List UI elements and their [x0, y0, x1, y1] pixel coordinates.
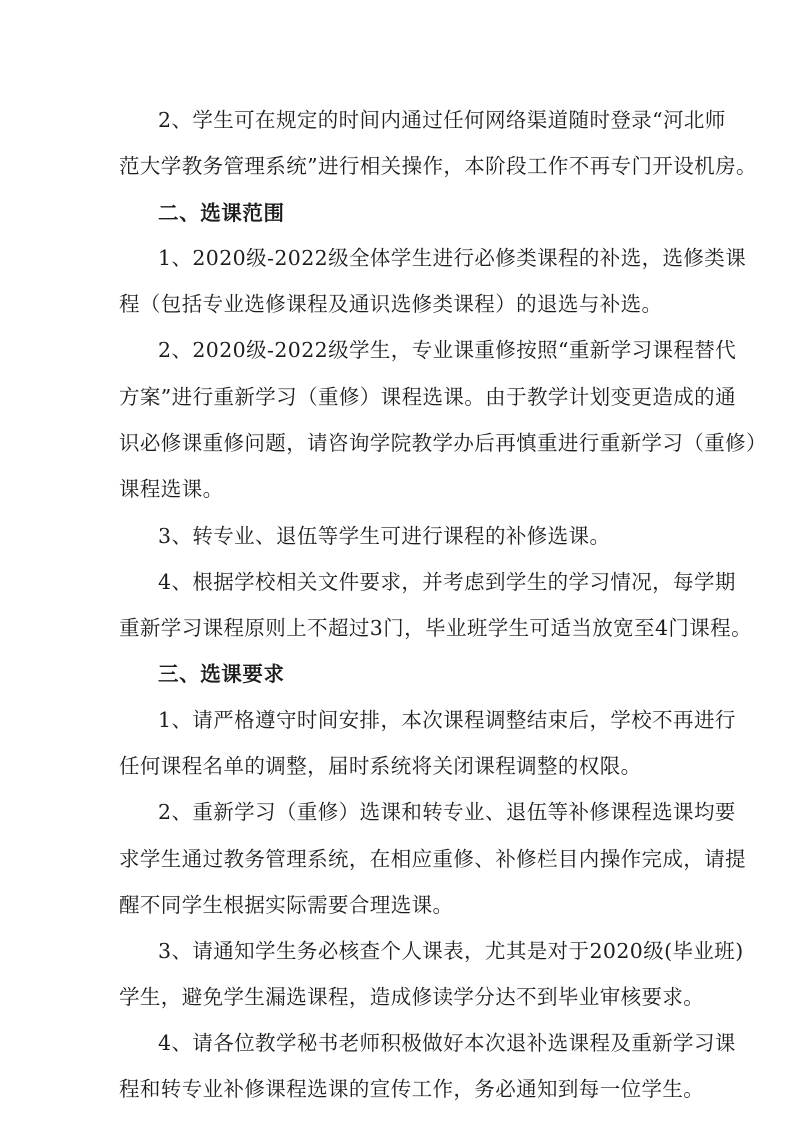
paragraph-line: 范大学教务管理系统”进行相关操作，本阶段工作不再专门开设机房。: [119, 152, 689, 180]
paragraph-line: 求学生通过教务管理系统，在相应重修、补修栏目内操作完成，请提: [119, 845, 689, 873]
paragraph-line: 1、请严格遵守时间安排，本次课程调整结束后，学校不再进行: [158, 706, 689, 734]
section-heading-scope: 二、选课范围: [158, 199, 728, 227]
paragraph-line: 程（包括专业选修课程及通识选修类课程）的退选与补选。: [119, 290, 689, 318]
paragraph-line: 课程选课。: [119, 475, 689, 503]
paragraph-line: 1、2020级-2022级全体学生进行必修类课程的补选，选修类课: [158, 244, 689, 272]
paragraph-line: 3、请通知学生务必核查个人课表，尤其是对于2020级(毕业班): [158, 937, 689, 965]
paragraph-line: 方案”进行重新学习（重修）课程选课。由于教学计划变更造成的通: [119, 383, 689, 411]
paragraph-line: 重新学习课程原则上不超过3门，毕业班学生可适当放宽至4门课程。: [119, 614, 689, 642]
paragraph-line: 2、学生可在规定的时间内通过任何网络渠道随时登录“河北师: [158, 106, 689, 134]
paragraph-line: 3、转专业、退伍等学生可进行课程的补修选课。: [158, 522, 728, 550]
paragraph-line: 学生，避免学生漏选课程，造成修读学分达不到毕业审核要求。: [119, 983, 689, 1011]
paragraph-line: 4、根据学校相关文件要求，并考虑到学生的学习情况，每学期: [158, 568, 689, 596]
paragraph-line: 程和转专业补修课程选课的宣传工作，务必通知到每一位学生。: [119, 1075, 689, 1103]
paragraph-line: 醒不同学生根据实际需要合理选课。: [119, 891, 689, 919]
section-heading-requirements: 三、选课要求: [158, 660, 728, 688]
paragraph-line: 2、2020级-2022级学生，专业课重修按照“重新学习课程替代: [158, 336, 689, 364]
paragraph-line: 2、重新学习（重修）选课和转专业、退伍等补修课程选课均要: [158, 798, 689, 826]
document-page: 2、学生可在规定的时间内通过任何网络渠道随时登录“河北师 范大学教务管理系统”进…: [0, 0, 800, 1131]
paragraph-line: 识必修课重修问题，请咨询学院教学办后再慎重进行重新学习（重修）: [119, 429, 689, 457]
paragraph-line: 4、请各位教学秘书老师积极做好本次退补选课程及重新学习课: [158, 1029, 689, 1057]
paragraph-line: 任何课程名单的调整，届时系统将关闭课程调整的权限。: [119, 752, 689, 780]
